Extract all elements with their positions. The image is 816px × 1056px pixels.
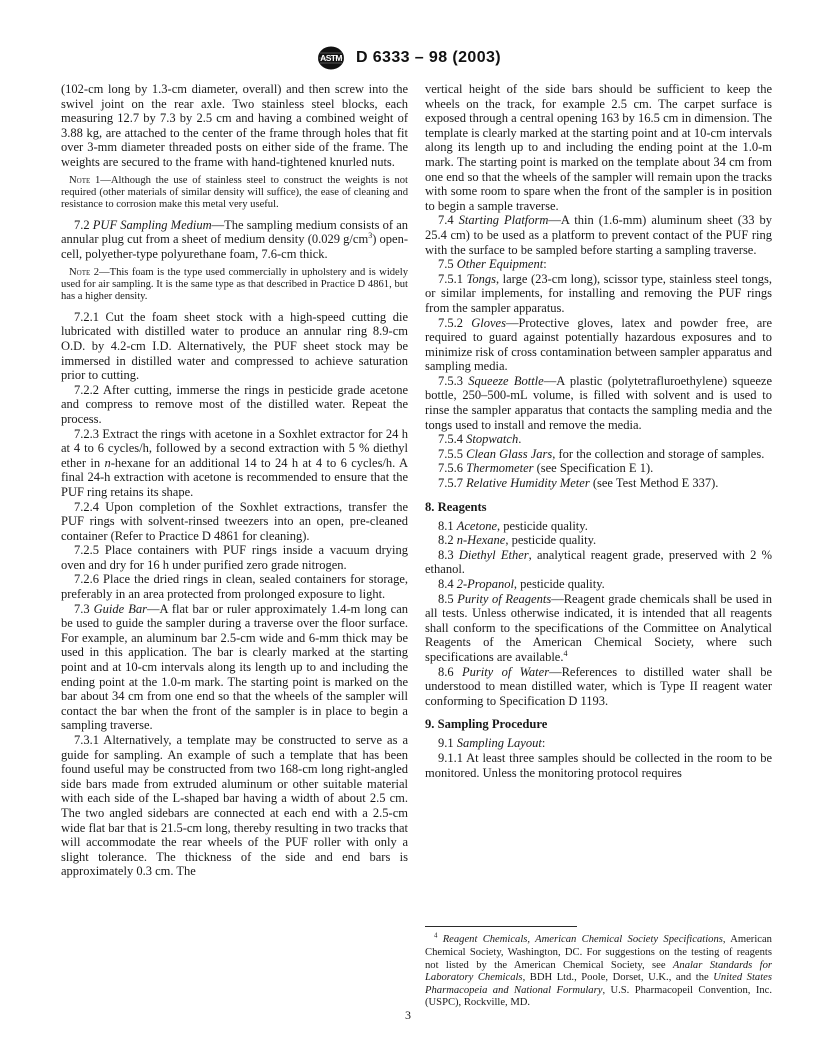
paragraph: 7.2.4 Upon completion of the Soxhlet ext… bbox=[61, 500, 408, 544]
page-number: 3 bbox=[0, 1008, 816, 1023]
paragraph: 8.3 Diethyl Ether, analytical reagent gr… bbox=[425, 548, 772, 577]
text-run: , pesticide quality. bbox=[505, 533, 596, 547]
paragraph: 7.5.7 Relative Humidity Meter (see Test … bbox=[425, 476, 772, 491]
text-run: 8. Reagents bbox=[425, 500, 487, 514]
paragraph: 7.2.2 After cutting, immerse the rings i… bbox=[61, 383, 408, 427]
paragraph: 7.4 Starting Platform—A thin (1.6-mm) al… bbox=[425, 213, 772, 257]
paragraph: 9.1.1 At least three samples should be c… bbox=[425, 751, 772, 780]
left-column: (102-cm long by 1.3-cm diameter, overall… bbox=[61, 82, 408, 1010]
paragraph: 8.1 Acetone, pesticide quality. bbox=[425, 519, 772, 534]
text-run: Sampling Layout bbox=[457, 736, 542, 750]
paragraph: 7.3 Guide Bar—A flat bar or ruler approx… bbox=[61, 602, 408, 733]
text-run: —A flat bar or ruler approximately 1.4-m… bbox=[61, 602, 408, 733]
text-run: PUF Sampling Medium bbox=[93, 218, 212, 232]
note-paragraph: Note 1—Although the use of stainless ste… bbox=[61, 175, 408, 212]
text-run: 8.4 bbox=[438, 577, 457, 591]
text-run: 4 bbox=[563, 649, 567, 658]
text-run: Stopwatch bbox=[466, 432, 518, 446]
paragraph: 7.2.6 Place the dried rings in clean, se… bbox=[61, 572, 408, 601]
text-run: n-Hexane bbox=[457, 533, 506, 547]
paragraph: 8.2 n-Hexane, pesticide quality. bbox=[425, 533, 772, 548]
paragraph: 7.3.1 Alternatively, a template may be c… bbox=[61, 733, 408, 879]
text-run: 9.1.1 At least three samples should be c… bbox=[425, 751, 772, 780]
text-run: (102-cm long by 1.3-cm diameter, overall… bbox=[61, 82, 408, 169]
right-column-content: vertical height of the side bars should … bbox=[425, 82, 772, 780]
footnote-divider bbox=[425, 926, 577, 927]
text-run: 7.3 bbox=[74, 602, 94, 616]
footnote-area: 4 Reagent Chemicals, American Chemical S… bbox=[425, 920, 772, 1010]
text-run: 8.6 bbox=[438, 665, 462, 679]
text-run: : bbox=[543, 257, 546, 271]
note-paragraph: Note 2—This foam is the type used commer… bbox=[61, 267, 408, 304]
text-run: Tongs bbox=[467, 272, 496, 286]
text-run: Starting Platform bbox=[459, 213, 549, 227]
text-run: Note 2— bbox=[69, 267, 110, 278]
text-run: Note 1— bbox=[69, 175, 111, 186]
text-run: 7.5.5 bbox=[438, 447, 466, 461]
text-run: Although the use of stainless steel to c… bbox=[61, 175, 408, 211]
text-run: Reagent Chemicals, American Chemical Soc… bbox=[443, 934, 723, 945]
text-run: . bbox=[518, 432, 521, 446]
paragraph: vertical height of the side bars should … bbox=[425, 82, 772, 213]
text-run: Relative Humidity Meter bbox=[466, 476, 590, 490]
paragraph: 7.5.4 Stopwatch. bbox=[425, 432, 772, 447]
text-run: Other Equipment bbox=[457, 257, 543, 271]
text-run: Thermometer bbox=[466, 461, 533, 475]
paragraph: 7.5.2 Gloves—Protective gloves, latex an… bbox=[425, 316, 772, 374]
section-heading: 9. Sampling Procedure bbox=[425, 717, 772, 732]
section-heading: 8. Reagents bbox=[425, 500, 772, 515]
paragraph: 7.2 PUF Sampling Medium—The sampling med… bbox=[61, 218, 408, 262]
paragraph: 8.6 Purity of Water—References to distil… bbox=[425, 665, 772, 709]
document-header: ASTM D 6333 – 98 (2003) bbox=[0, 46, 816, 70]
text-run: Clean Glass Jars bbox=[466, 447, 552, 461]
astm-logo-icon: ASTM bbox=[315, 46, 347, 70]
text-run: , pesticide quality. bbox=[514, 577, 605, 591]
paragraph: 8.5 Purity of Reagents—Reagent grade che… bbox=[425, 592, 772, 665]
text-run: , for the collection and storage of samp… bbox=[552, 447, 764, 461]
text-run: (see Specification E 1). bbox=[533, 461, 653, 475]
text-run: 7.4 bbox=[438, 213, 459, 227]
text-run: 7.5.3 bbox=[438, 374, 468, 388]
paragraph: 7.5 Other Equipment: bbox=[425, 257, 772, 272]
text-run: 9. Sampling Procedure bbox=[425, 717, 547, 731]
text-run: 7.3.1 Alternatively, a template may be c… bbox=[61, 733, 408, 878]
text-run: 7.5 bbox=[438, 257, 457, 271]
text-run: (see Test Method E 337). bbox=[590, 476, 719, 490]
text-run: Gloves bbox=[471, 316, 506, 330]
right-column: vertical height of the side bars should … bbox=[425, 82, 772, 1010]
text-run: 7.5.7 bbox=[438, 476, 466, 490]
text-run: 7.2.2 After cutting, immerse the rings i… bbox=[61, 383, 408, 426]
text-run: 7.2.4 Upon completion of the Soxhlet ext… bbox=[61, 500, 408, 543]
text-run: 2-Propanol bbox=[457, 577, 514, 591]
text-run: 8.2 bbox=[438, 533, 457, 547]
text-run: 7.5.4 bbox=[438, 432, 466, 446]
text-run: 7.2.6 Place the dried rings in clean, se… bbox=[61, 572, 408, 601]
text-run: 7.2.5 Place containers with PUF rings in… bbox=[61, 543, 408, 572]
paragraph: 9.1 Sampling Layout: bbox=[425, 736, 772, 751]
svg-text:ASTM: ASTM bbox=[320, 53, 342, 63]
text-run: Guide Bar bbox=[94, 602, 147, 616]
text-run: 7.5.6 bbox=[438, 461, 466, 475]
text-run: , BDH Ltd., Poole, Dorset, U.K., and the bbox=[523, 972, 714, 983]
paragraph: 7.5.1 Tongs, large (23-cm long), scissor… bbox=[425, 272, 772, 316]
text-run: 7.5.2 bbox=[438, 316, 471, 330]
text-run: 9.1 bbox=[438, 736, 457, 750]
text-run: Diethyl Ether bbox=[459, 548, 529, 562]
paragraph: 7.2.1 Cut the foam sheet stock with a hi… bbox=[61, 310, 408, 383]
text-run: 8.1 bbox=[438, 519, 457, 533]
paragraph: 7.2.5 Place containers with PUF rings in… bbox=[61, 543, 408, 572]
footnote-text: 4 Reagent Chemicals, American Chemical S… bbox=[425, 934, 772, 1010]
text-run: Squeeze Bottle bbox=[468, 374, 543, 388]
paragraph: 7.5.6 Thermometer (see Specification E 1… bbox=[425, 461, 772, 476]
paragraph: 7.2.3 Extract the rings with acetone in … bbox=[61, 427, 408, 500]
text-run: 8.3 bbox=[438, 548, 459, 562]
document-page: ASTM D 6333 – 98 (2003) (102-cm long by … bbox=[0, 0, 816, 1056]
paragraph: 8.4 2-Propanol, pesticide quality. bbox=[425, 577, 772, 592]
two-column-body: (102-cm long by 1.3-cm diameter, overall… bbox=[61, 82, 772, 1010]
text-run: : bbox=[542, 736, 545, 750]
text-run: -hexane for an additional 14 to 24 h at … bbox=[61, 456, 408, 499]
standard-designation: D 6333 – 98 (2003) bbox=[356, 49, 501, 67]
text-run: This foam is the type used commercially … bbox=[61, 267, 408, 303]
text-run: 7.2.1 Cut the foam sheet stock with a hi… bbox=[61, 310, 408, 382]
footnote-container: 4 Reagent Chemicals, American Chemical S… bbox=[425, 934, 772, 1010]
paragraph: (102-cm long by 1.3-cm diameter, overall… bbox=[61, 82, 408, 170]
text-run: Acetone bbox=[457, 519, 497, 533]
text-run: 8.5 bbox=[438, 592, 457, 606]
text-run: , pesticide quality. bbox=[497, 519, 588, 533]
text-run: 7.5.1 bbox=[438, 272, 467, 286]
text-run: Purity of Water bbox=[462, 665, 549, 679]
paragraph: 7.5.3 Squeeze Bottle—A plastic (polytetr… bbox=[425, 374, 772, 432]
text-run: 7.2 bbox=[74, 218, 93, 232]
text-run: vertical height of the side bars should … bbox=[425, 82, 772, 213]
text-run: Purity of Reagents bbox=[457, 592, 551, 606]
paragraph: 7.5.5 Clean Glass Jars, for the collecti… bbox=[425, 447, 772, 462]
